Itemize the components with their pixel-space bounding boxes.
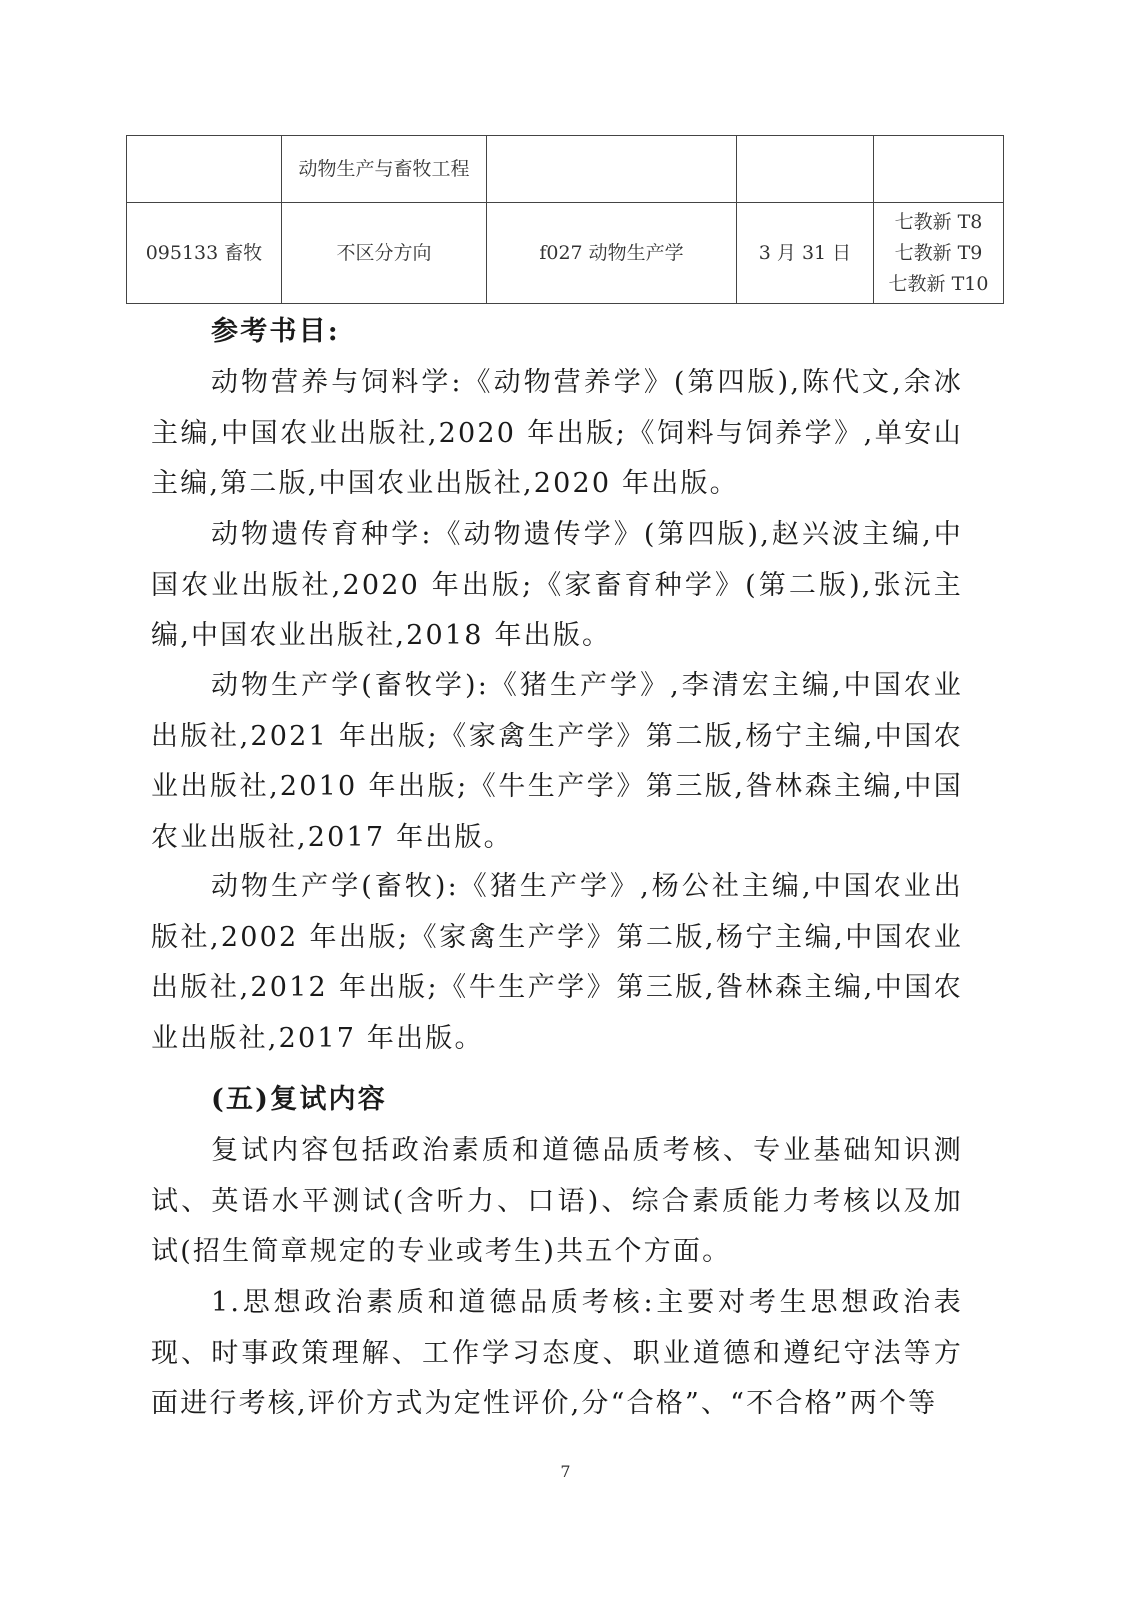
reference-paragraph-production-livestock: 动物生产学(畜牧):《猪生产学》,杨公社主编,中国农业出版社,2002 年出版;… [151, 862, 963, 1064]
table-cell-date [737, 136, 874, 203]
table-cell-subject: f027 动物生产学 [487, 203, 737, 304]
page-number: 7 [0, 1462, 1131, 1481]
room-label: 七教新 T10 [876, 269, 1001, 300]
table-cell-room: 七教新 T8 七教新 T9 七教新 T10 [874, 203, 1004, 304]
table-row: 095133 畜牧 不区分方向 f027 动物生产学 3 月 31 日 七教新 … [127, 203, 1004, 304]
table-cell-date: 3 月 31 日 [737, 203, 874, 304]
table-cell-major: 095133 畜牧 [127, 203, 282, 304]
table-cell-subject [487, 136, 737, 203]
exam-schedule-table: 动物生产与畜牧工程 095133 畜牧 不区分方向 f027 动物生产学 3 月… [126, 135, 1004, 304]
table-row: 动物生产与畜牧工程 [127, 136, 1004, 203]
reference-paragraph-nutrition: 动物营养与饲料学:《动物营养学》(第四版),陈代文,余冰主编,中国农业出版社,2… [151, 358, 963, 510]
section-intro-paragraph: 复试内容包括政治素质和道德品质考核、专业基础知识测试、英语水平测试(含听力、口语… [151, 1126, 963, 1278]
room-label: 七教新 T8 [876, 207, 1001, 238]
section-item-1-paragraph: 1.思想政治素质和道德品质考核:主要对考生思想政治表现、时事政策理解、工作学习态… [151, 1278, 963, 1430]
room-label: 七教新 T9 [876, 238, 1001, 269]
section-heading: (五)复试内容 [151, 1075, 963, 1126]
table-cell-room [874, 136, 1004, 203]
reference-paragraph-genetics: 动物遗传育种学:《动物遗传学》(第四版),赵兴波主编,中国农业出版社,2020 … [151, 510, 963, 662]
table-cell-direction: 不区分方向 [282, 203, 487, 304]
reference-paragraph-production-science: 动物生产学(畜牧学):《猪生产学》,李清宏主编,中国农业出版社,2021 年出版… [151, 661, 963, 863]
table-cell-major [127, 136, 282, 203]
references-heading: 参考书目: [151, 307, 963, 358]
table-cell-direction: 动物生产与畜牧工程 [282, 136, 487, 203]
